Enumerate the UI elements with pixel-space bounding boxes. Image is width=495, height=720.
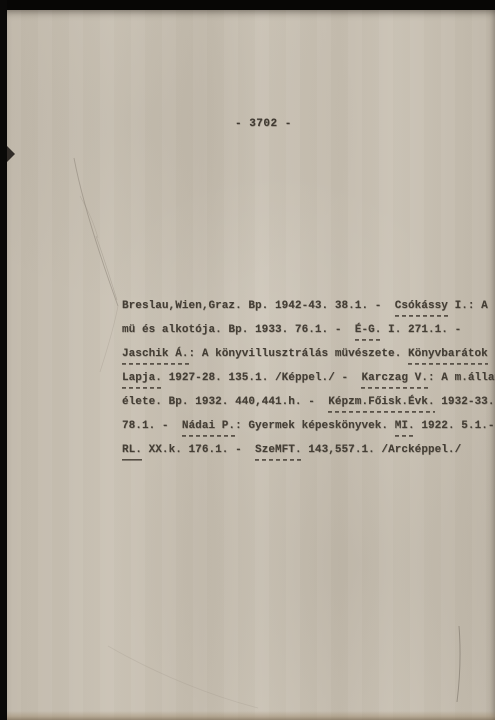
paper: - 3702 - Breslau,Wien,Graz. Bp. 1942-43.… <box>7 10 495 720</box>
underlined-term: Lapja. <box>122 372 162 389</box>
text-line: Jaschik Á.: A könyvillusztrálás müvészet… <box>122 342 495 366</box>
text-line: RL. XX.k. 176.1. - SzeMFT. 143,557.1. /A… <box>122 438 495 462</box>
text-segment: 1927-28. 135.1. /Képpel./ - <box>162 372 362 384</box>
underlined-term: MI. <box>395 420 415 437</box>
text-segment: 143,557.1. /Arcképpel./ <box>302 444 462 456</box>
text-line: 78.1. - Nádai P.: Gyermek képeskönyvek. … <box>122 414 495 438</box>
underlined-term: SzeMFT. <box>255 444 302 461</box>
scanned-document-screenshot: { "page": { "page_number": "- 3702 -" },… <box>0 0 495 720</box>
paper-bottom-edge <box>7 711 495 720</box>
text-segment: mü és alkotója. Bp. 1933. 76.1. - <box>122 324 355 336</box>
text-segment: : A m.állam <box>428 372 495 384</box>
text-segment: Breslau,Wien,Graz. Bp. 1942-43. 38.1. - <box>122 300 395 312</box>
underlined-term: RL. <box>122 444 142 461</box>
underlined-term: Könyvbarátok <box>408 348 488 365</box>
scan-border-left <box>0 0 7 720</box>
underlined-term: É-G. <box>355 324 382 341</box>
underlined-term: Jaschik Á. <box>122 348 189 365</box>
text-segment: 78.1. - <box>122 420 182 432</box>
typewritten-text: Breslau,Wien,Graz. Bp. 1942-43. 38.1. - … <box>122 294 495 462</box>
text-line: élete. Bp. 1932. 440,441.h. - Képzm.Főis… <box>122 390 495 414</box>
text-line: Lapja. 1927-28. 135.1. /Képpel./ - Karcz… <box>122 366 495 390</box>
text-line: mü és alkotója. Bp. 1933. 76.1. - É-G. I… <box>122 318 495 342</box>
text-segment: XX.k. 176.1. - <box>142 444 255 456</box>
text-segment: 1922. 5.1.- <box>415 420 495 432</box>
text-line: Breslau,Wien,Graz. Bp. 1942-43. 38.1. - … <box>122 294 495 318</box>
underlined-term: Karczag V. <box>361 372 428 389</box>
text-segment: : A könyvillusztrálás müvészete. <box>189 348 409 360</box>
text-segment: élete. Bp. 1932. 440,441.h. - <box>122 396 328 408</box>
text-segment: I.: A <box>448 300 488 312</box>
text-segment: 1932-33. <box>435 396 495 408</box>
text-segment: I. 271.1. - <box>381 324 461 336</box>
underlined-term: Képzm.Főisk.Évk. <box>328 396 434 413</box>
underlined-term: Nádai P. <box>182 420 235 437</box>
text-segment: : Gyermek képeskönyvek. <box>235 420 395 432</box>
page-number: - 3702 - <box>235 118 292 130</box>
scan-border-top <box>0 0 495 10</box>
underlined-term: Csókássy <box>395 300 448 317</box>
